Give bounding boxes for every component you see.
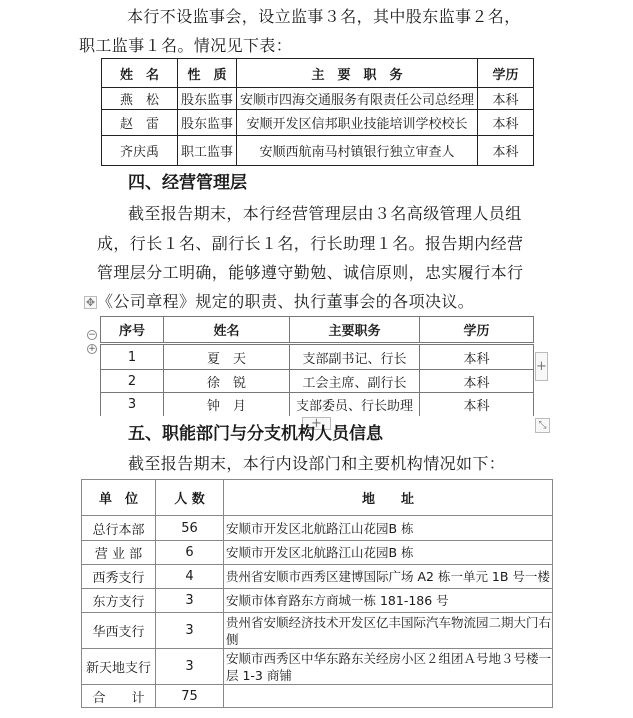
cell-education: 本科 [420, 370, 534, 393]
departments-heading: 五、职能部门与分支机构人员信息 [128, 421, 383, 447]
cell-address: 安顺市开发区北航路江山花园B 栋 [224, 516, 553, 541]
remove-row-icon[interactable]: − [87, 330, 97, 340]
table-row-total: 合 计 75 [82, 685, 553, 708]
cell-type: 股东监事 [178, 88, 237, 110]
cell-address: 贵州省安顺经济技术开发区亿丰国际汽车物流园二期大门右侧 [224, 613, 553, 649]
table-header-row: 单 位 人 数 地 址 [82, 480, 553, 516]
supervisors-table: 姓 名 性 质 主 要 职 务 学历 燕 松 股东监事 安顺市四海交通服务有限责… [101, 58, 534, 166]
table-header-row: 姓 名 性 质 主 要 职 务 学历 [102, 59, 534, 88]
add-column-button[interactable]: + [535, 352, 548, 381]
cell-type: 股东监事 [178, 110, 237, 136]
management-para-line3: 管理层分工明确，能够遵守勤勉、诚信原则，忠实履行本行 [97, 258, 523, 288]
header-type: 性 质 [178, 59, 237, 88]
cell-position: 安顺开发区信邦职业技能培训学校校长 [237, 110, 478, 136]
header-headcount: 人 数 [156, 480, 224, 516]
cell-headcount: 3 [156, 613, 224, 649]
cell-unit: 总行本部 [82, 516, 156, 541]
table-row: 赵 雷 股东监事 安顺开发区信邦职业技能培训学校校长 本科 [102, 110, 534, 136]
table-row: 营 业 部 6 安顺市开发区北航路江山花园B 栋 [82, 541, 553, 565]
management-para-line2: 成，行长１名、副行长１名，行长助理１名。报告期内经营 [97, 229, 523, 259]
cell-name: 赵 雷 [102, 110, 178, 136]
cell-unit: 合 计 [82, 685, 156, 708]
cell-unit: 东方支行 [82, 589, 156, 613]
cell-index: 2 [101, 370, 164, 393]
cell-headcount: 56 [156, 516, 224, 541]
table-row: 齐庆禹 职工监事 安顺西航南马村镇银行独立审查人 本科 [102, 136, 534, 166]
management-heading: 四、经营管理层 [128, 170, 247, 196]
management-para-line1: 截至报告期末，本行经营管理层由３名高级管理人员组 [128, 199, 522, 229]
cell-position: 工会主席、副行长 [290, 370, 420, 393]
table-row: 新天地支行 3 安顺市西秀区中华东路东关经房小区２组团Ａ号地３号楼一层 1-3 … [82, 649, 553, 685]
table-row: 东方支行 3 安顺市体育路东方商城一栋 181-186 号 [82, 589, 553, 613]
departments-table: 单 位 人 数 地 址 总行本部 56 安顺市开发区北航路江山花园B 栋 营 业… [81, 479, 553, 708]
header-index: 序号 [101, 317, 164, 344]
supervisors-intro-line2: 职工监事１名。情况见下表： [79, 31, 292, 61]
table-row: 西秀支行 4 贵州省安顺市西秀区建博国际广场 A2 栋一单元 1B 号一楼 [82, 565, 553, 589]
cell-education: 本科 [420, 344, 534, 370]
cell-education: 本科 [420, 393, 534, 416]
table-move-handle-icon[interactable]: ✥ [84, 296, 97, 309]
cell-address: 安顺市开发区北航路江山花园B 栋 [224, 541, 553, 565]
management-para-line4: 《公司章程》规定的职责、执行董事会的各项决议。 [97, 287, 474, 317]
header-address: 地 址 [224, 480, 553, 516]
cell-name: 燕 松 [102, 88, 178, 110]
management-table: 序号 姓名 主要职务 学历 1 夏 天 支部副书记、行长 本科 2 徐 锐 工会… [100, 316, 534, 416]
header-unit: 单 位 [82, 480, 156, 516]
cell-unit: 营 业 部 [82, 541, 156, 565]
cell-headcount: 6 [156, 541, 224, 565]
cell-education: 本科 [478, 88, 534, 110]
table-row: 2 徐 锐 工会主席、副行长 本科 [101, 370, 534, 393]
cell-index: 1 [101, 344, 164, 370]
cell-headcount: 3 [156, 589, 224, 613]
header-name: 姓名 [164, 317, 290, 344]
cell-address: 安顺市体育路东方商城一栋 181-186 号 [224, 589, 553, 613]
cell-name: 夏 天 [164, 344, 290, 370]
cell-unit: 西秀支行 [82, 565, 156, 589]
cell-address: 贵州省安顺市西秀区建博国际广场 A2 栋一单元 1B 号一楼 [224, 565, 553, 589]
header-name: 姓 名 [102, 59, 178, 88]
table-row: 总行本部 56 安顺市开发区北航路江山花园B 栋 [82, 516, 553, 541]
cell-position: 安顺市四海交通服务有限责任公司总经理 [237, 88, 478, 110]
cell-type: 职工监事 [178, 136, 237, 166]
cell-position: 安顺西航南马村镇银行独立审查人 [237, 136, 478, 166]
table-row: 1 夏 天 支部副书记、行长 本科 [101, 344, 534, 370]
supervisors-intro-line1: 本行不设监事会，设立监事３名，其中股东监事２名， [127, 2, 521, 32]
cell-position: 支部委员、行长助理 [290, 393, 420, 416]
cell-headcount: 75 [156, 685, 224, 708]
cell-headcount: 4 [156, 565, 224, 589]
table-header-row: 序号 姓名 主要职务 学历 [101, 317, 534, 344]
header-education: 学历 [478, 59, 534, 88]
header-position: 主要职务 [290, 317, 420, 344]
cell-unit: 新天地支行 [82, 649, 156, 685]
cell-address: 安顺市西秀区中华东路东关经房小区２组团Ａ号地３号楼一层 1-3 商铺 [224, 649, 553, 685]
cell-name: 齐庆禹 [102, 136, 178, 166]
table-row: 华西支行 3 贵州省安顺经济技术开发区亿丰国际汽车物流园二期大门右侧 [82, 613, 553, 649]
resize-table-icon[interactable]: ⤡ [535, 418, 550, 433]
departments-intro: 截至报告期末，本行内设部门和主要机构情况如下： [128, 449, 505, 479]
cell-position: 支部副书记、行长 [290, 344, 420, 370]
cell-unit: 华西支行 [82, 613, 156, 649]
cell-headcount: 3 [156, 649, 224, 685]
cell-education: 本科 [478, 136, 534, 166]
table-row: 3 钟 月 支部委员、行长助理 本科 [101, 393, 534, 416]
add-row-icon[interactable]: + [87, 344, 97, 354]
cell-address [224, 685, 553, 708]
cell-education: 本科 [478, 110, 534, 136]
header-education: 学历 [420, 317, 534, 344]
cell-name: 徐 锐 [164, 370, 290, 393]
table-row: 燕 松 股东监事 安顺市四海交通服务有限责任公司总经理 本科 [102, 88, 534, 110]
header-position: 主 要 职 务 [237, 59, 478, 88]
cell-name: 钟 月 [164, 393, 290, 416]
cell-index: 3 [101, 393, 164, 416]
